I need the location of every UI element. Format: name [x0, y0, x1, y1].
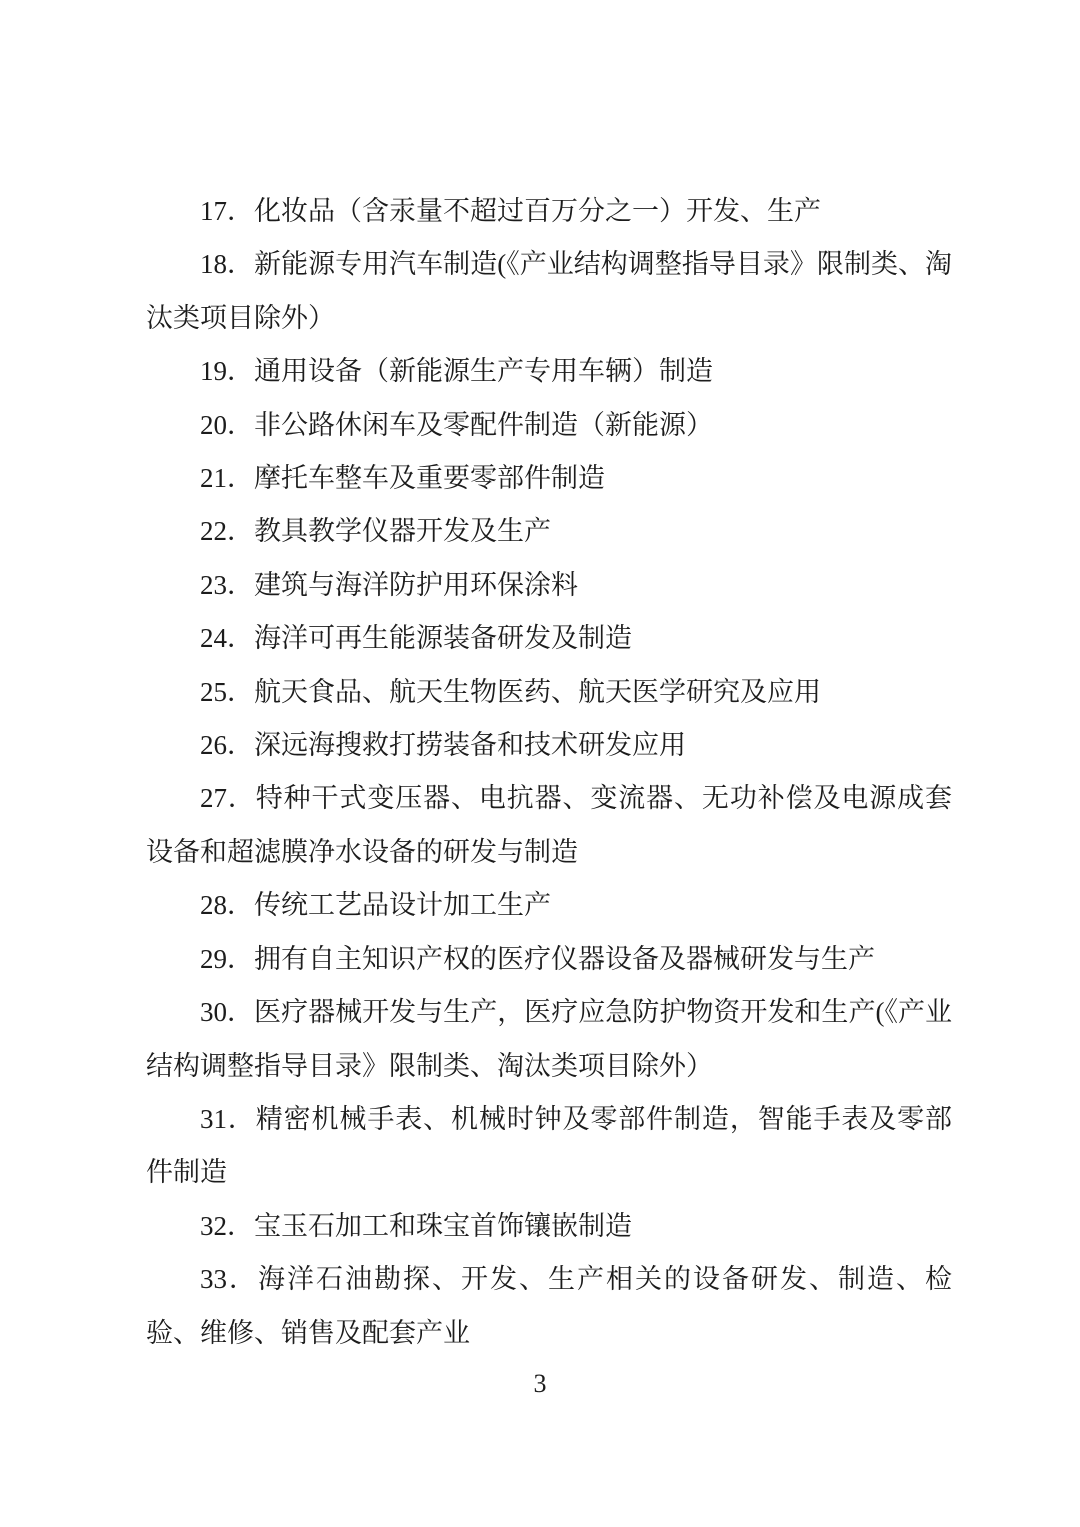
- item-text: 宝玉石加工和珠宝首饰镶嵌制造: [254, 1211, 632, 1241]
- document-page: 17．化妆品（含汞量不超过百万分之一）开发、生产 18．新能源专用汽车制造(《产…: [0, 0, 1080, 1527]
- item-text: 摩托车整车及重要零部件制造: [254, 463, 605, 493]
- item-number: 20．: [200, 410, 254, 440]
- item-text: 教具教学仪器开发及生产: [254, 516, 551, 546]
- list-item: 28．传统工艺品设计加工生产: [146, 879, 952, 932]
- item-text: 化妆品（含汞量不超过百万分之一）开发、生产: [254, 196, 821, 226]
- list-item: 19．通用设备（新能源生产专用车辆）制造: [146, 345, 952, 398]
- list-item: 23．建筑与海洋防护用环保涂料: [146, 559, 952, 612]
- item-text: 拥有自主知识产权的医疗仪器设备及器械研发与生产: [254, 944, 875, 974]
- item-text: 航天食品、航天生物医药、航天医学研究及应用: [254, 677, 821, 707]
- item-number: 25．: [200, 677, 254, 707]
- list-item: 17．化妆品（含汞量不超过百万分之一）开发、生产: [146, 185, 952, 238]
- list-item: 31．精密机械手表、机械时钟及零部件制造，智能手表及零部件制造: [146, 1093, 952, 1200]
- item-text: 非公路休闲车及零配件制造（新能源）: [254, 410, 713, 440]
- item-text: 特种干式变压器、电抗器、变流器、无功补偿及电源成套设备和超滤膜净水设备的研发与制…: [146, 783, 952, 866]
- list-item: 24．海洋可再生能源装备研发及制造: [146, 612, 952, 665]
- list-item: 25．航天食品、航天生物医药、航天医学研究及应用: [146, 666, 952, 719]
- list-item: 22．教具教学仪器开发及生产: [146, 505, 952, 558]
- item-text: 精密机械手表、机械时钟及零部件制造，智能手表及零部件制造: [146, 1104, 952, 1187]
- item-text: 深远海搜救打捞装备和技术研发应用: [254, 730, 686, 760]
- list-item: 27．特种干式变压器、电抗器、变流器、无功补偿及电源成套设备和超滤膜净水设备的研…: [146, 772, 952, 879]
- item-text: 建筑与海洋防护用环保涂料: [254, 570, 578, 600]
- item-text: 海洋石油勘探、开发、生产相关的设备研发、制造、检验、维修、销售及配套产业: [146, 1264, 952, 1347]
- item-number: 17．: [200, 196, 254, 226]
- item-number: 31．: [200, 1104, 256, 1134]
- list-item: 20．非公路休闲车及零配件制造（新能源）: [146, 399, 952, 452]
- list-item: 26．深远海搜救打捞装备和技术研发应用: [146, 719, 952, 772]
- list-item: 18．新能源专用汽车制造(《产业结构调整指导目录》限制类、淘汰类项目除外）: [146, 238, 952, 345]
- item-number: 26．: [200, 730, 254, 760]
- list-item: 21．摩托车整车及重要零部件制造: [146, 452, 952, 505]
- item-number: 21．: [200, 463, 254, 493]
- list-item: 32．宝玉石加工和珠宝首饰镶嵌制造: [146, 1200, 952, 1253]
- item-text: 传统工艺品设计加工生产: [254, 890, 551, 920]
- list-item: 29．拥有自主知识产权的医疗仪器设备及器械研发与生产: [146, 933, 952, 986]
- item-number: 23．: [200, 570, 254, 600]
- numbered-list: 17．化妆品（含汞量不超过百万分之一）开发、生产 18．新能源专用汽车制造(《产…: [146, 185, 952, 1360]
- item-number: 19．: [200, 356, 254, 386]
- page-number: 3: [0, 1368, 1080, 1400]
- item-number: 30．: [200, 997, 254, 1027]
- item-number: 29．: [200, 944, 254, 974]
- list-item: 30．医疗器械开发与生产，医疗应急防护物资开发和生产(《产业结构调整指导目录》限…: [146, 986, 952, 1093]
- item-number: 18．: [200, 249, 254, 279]
- item-number: 33．: [200, 1264, 258, 1294]
- item-text: 医疗器械开发与生产，医疗应急防护物资开发和生产(《产业结构调整指导目录》限制类、…: [146, 997, 952, 1080]
- item-text: 通用设备（新能源生产专用车辆）制造: [254, 356, 713, 386]
- item-text: 新能源专用汽车制造(《产业结构调整指导目录》限制类、淘汰类项目除外）: [146, 249, 952, 332]
- item-number: 22．: [200, 516, 254, 546]
- list-item: 33．海洋石油勘探、开发、生产相关的设备研发、制造、检验、维修、销售及配套产业: [146, 1253, 952, 1360]
- item-number: 27．: [200, 783, 256, 813]
- item-number: 32．: [200, 1211, 254, 1241]
- item-number: 28．: [200, 890, 254, 920]
- item-text: 海洋可再生能源装备研发及制造: [254, 623, 632, 653]
- item-number: 24．: [200, 623, 254, 653]
